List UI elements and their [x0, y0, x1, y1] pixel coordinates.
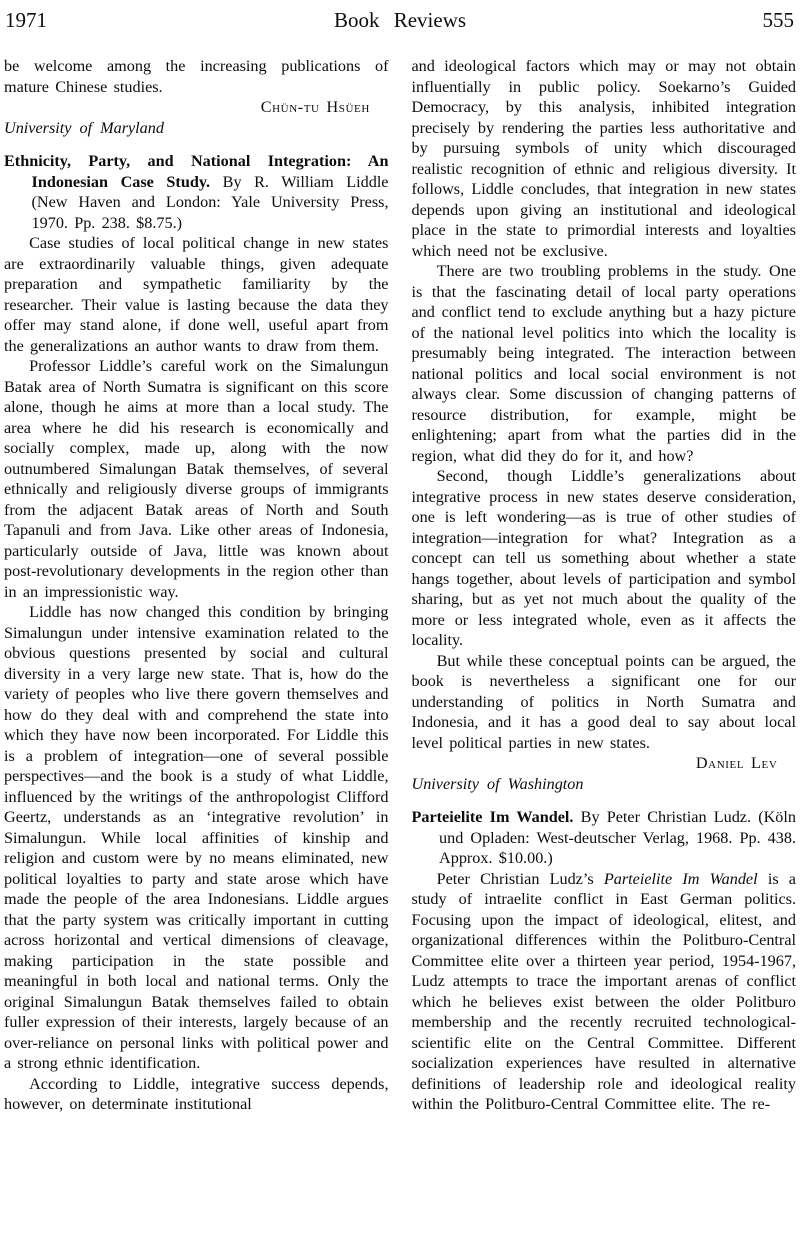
- review-paragraph-continuation: and ideological factors which may or may…: [412, 56, 797, 261]
- inline-book-title: Parteielite Im Wandel: [604, 870, 758, 888]
- book-review-heading: Parteielite Im Wandel. By Peter Christia…: [412, 807, 797, 869]
- book-title: Parteielite Im Wandel.: [412, 808, 574, 826]
- reviewer-affiliation: University of Washington: [412, 774, 797, 795]
- review-paragraph-truncated: Peter Christian Ludz’s Parteielite Im Wa…: [412, 869, 797, 1115]
- header-page-number: 555: [763, 7, 795, 33]
- review-paragraph: But while these conceptual points can be…: [412, 651, 797, 754]
- journal-page: 1971 Book Reviews 555 be welcome among t…: [0, 0, 800, 1251]
- previous-review-closing-text: be welcome among the increasing publicat…: [4, 56, 389, 97]
- review-paragraph: Liddle has now changed this condition by…: [4, 602, 389, 1074]
- review-paragraph: Case studies of local political change i…: [4, 233, 389, 356]
- review-paragraph: Second, though Liddle’s generalizations …: [412, 466, 797, 651]
- review-paragraph-truncated: According to Liddle, integrative success…: [4, 1074, 389, 1115]
- reviewer-signature: Daniel Lev: [412, 753, 797, 774]
- header-section-title: Book Reviews: [4, 7, 796, 33]
- paragraph-text: Peter Christian Ludz’s: [437, 870, 604, 888]
- right-column: and ideological factors which may or may…: [412, 56, 797, 1115]
- running-header: 1971 Book Reviews 555: [4, 7, 796, 35]
- book-review-heading: Ethnicity, Party, and National Integrati…: [4, 151, 389, 233]
- review-paragraph: There are two troubling problems in the …: [412, 261, 797, 466]
- paragraph-text: is a study of intraelite conflict in Eas…: [412, 870, 797, 1114]
- two-column-body: be welcome among the increasing publicat…: [4, 56, 796, 1115]
- review-paragraph: Professor Liddle’s careful work on the S…: [4, 356, 389, 602]
- reviewer-affiliation: University of Maryland: [4, 118, 389, 139]
- left-column: be welcome among the increasing publicat…: [4, 56, 389, 1115]
- reviewer-signature: Chün-tu Hsüeh: [4, 97, 389, 118]
